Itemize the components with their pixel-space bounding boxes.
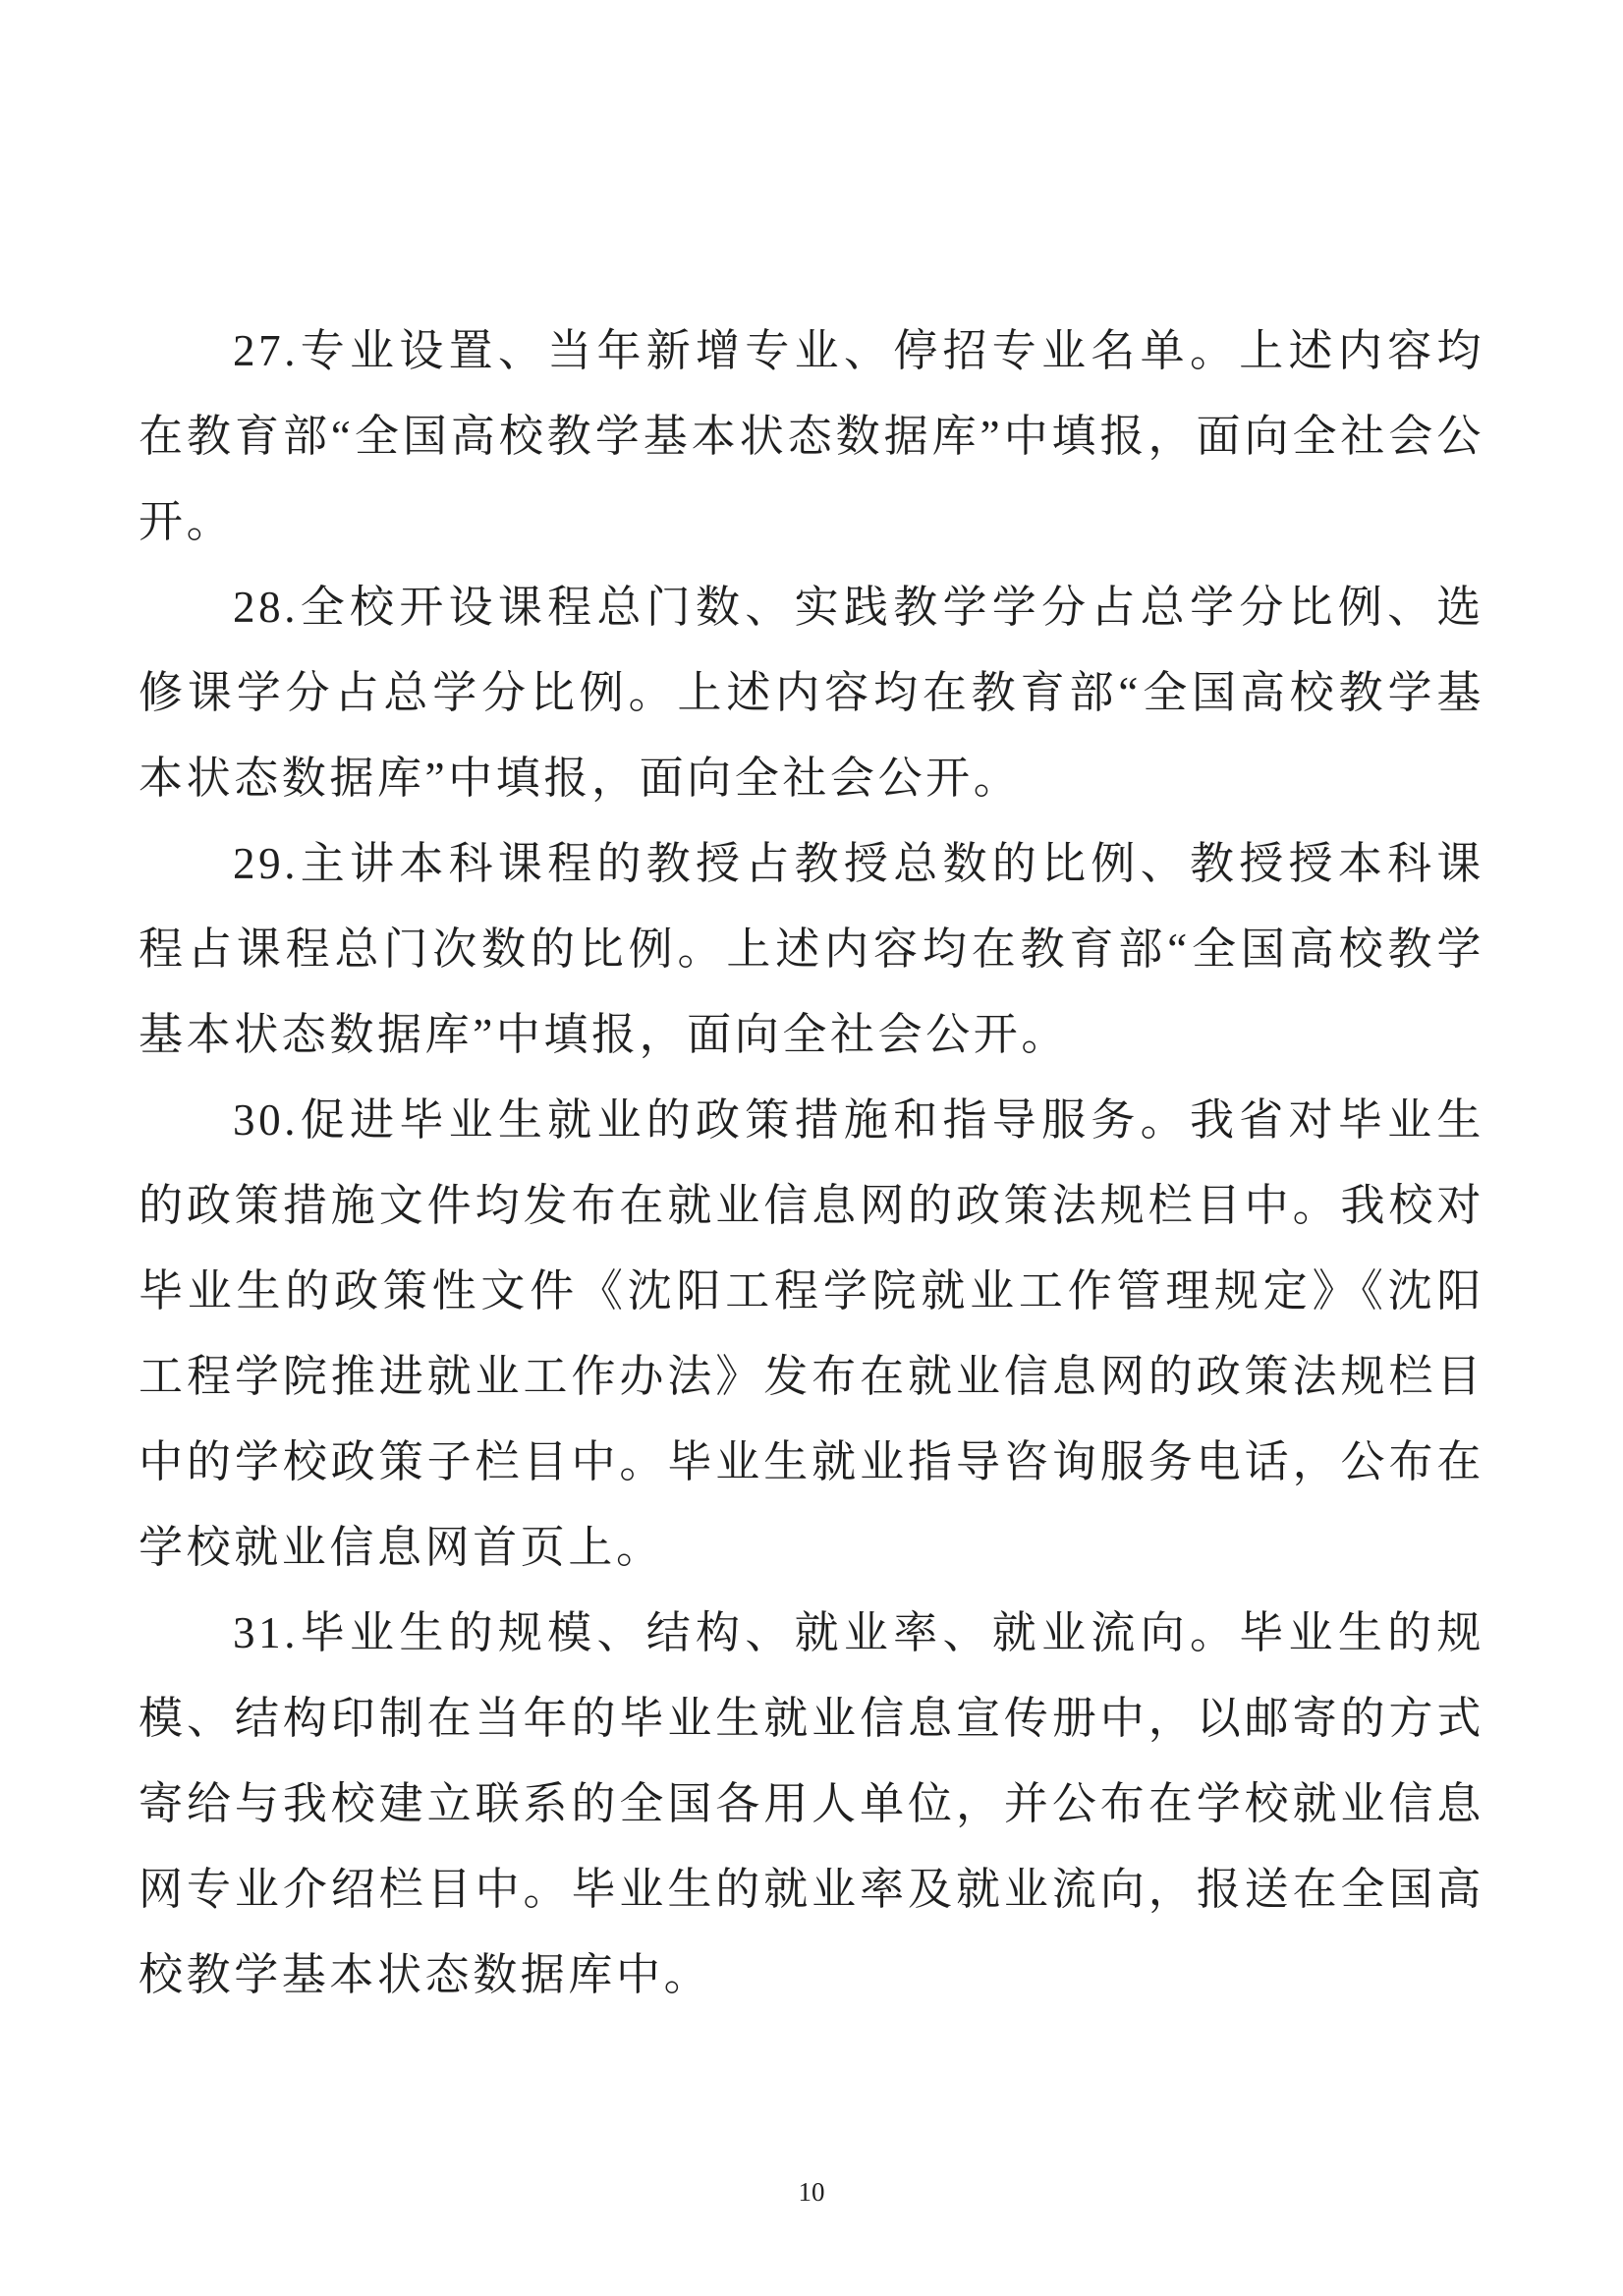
page-number: 10 (799, 2177, 825, 2207)
page-footer: 10 (0, 2175, 1623, 2209)
paragraph-item-29: 29.主讲本科课程的教授占教授总数的比例、教授授本科课程占课程总门次数的比例。上… (139, 821, 1484, 1078)
paragraph-item-30: 30.促进毕业生就业的政策措施和指导服务。我省对毕业生的政策措施文件均发布在就业… (139, 1078, 1484, 1591)
paragraph-item-31: 31.毕业生的规模、结构、就业率、就业流向。毕业生的规模、结构印制在当年的毕业生… (139, 1591, 1484, 2018)
paragraph-item-28: 28.全校开设课程总门数、实践教学学分占总学分比例、选修课学分占总学分比例。上述… (139, 565, 1484, 821)
document-page: 27.专业设置、当年新增专业、停招专业名单。上述内容均在教育部“全国高校教学基本… (0, 0, 1623, 2296)
document-body: 27.专业设置、当年新增专业、停招专业名单。上述内容均在教育部“全国高校教学基本… (139, 308, 1484, 2018)
paragraph-item-27: 27.专业设置、当年新增专业、停招专业名单。上述内容均在教育部“全国高校教学基本… (139, 308, 1484, 565)
